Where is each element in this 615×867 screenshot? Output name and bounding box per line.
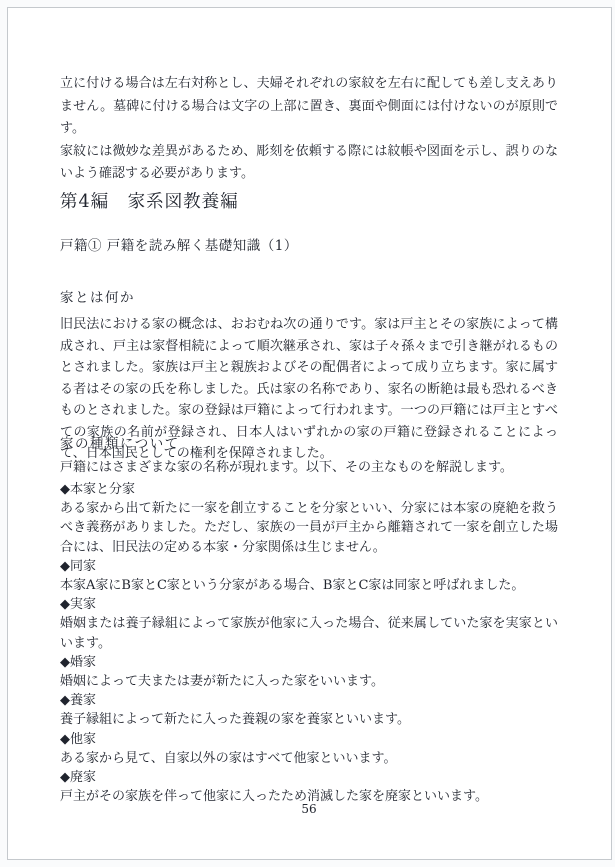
term-douke: ◆同家 bbox=[60, 557, 558, 576]
ie-term-list: ◆本家と分家 ある家から出て新たに一家を創立することを分家といい、分家には本家の… bbox=[60, 480, 558, 806]
term-konka-desc: 婚姻によって夫または妻が新たに入った家をいいます。 bbox=[60, 672, 558, 691]
term-douke-desc: 本家A家にB家とC家という分家がある場合、B家とC家は同家と呼ばれました。 bbox=[60, 576, 558, 595]
document-page: 立に付ける場合は左右対称とし、夫婦それぞれの家紋を左右に配しても差し支えありませ… bbox=[7, 7, 612, 860]
section-heading-types-of-ie: 家の種類について bbox=[60, 434, 558, 454]
paragraph-kamon-verification: 家紋には微妙な差異があるため、彫刻を依頼する際には紋帳や図面を示し、誤りのないよ… bbox=[60, 141, 558, 186]
term-haike: ◆廃家 bbox=[60, 768, 558, 787]
term-take-desc: ある家から見て、自家以外の家はすべて他家といいます。 bbox=[60, 749, 558, 768]
section-heading-what-is-ie: 家とは何か bbox=[60, 288, 558, 308]
continuation-paragraphs: 立に付ける場合は左右対称とし、夫婦それぞれの家紋を左右に配しても差し支えありませ… bbox=[60, 73, 558, 186]
term-youka: ◆養家 bbox=[60, 691, 558, 710]
chapter-title: 戸籍① 戸籍を読み解く基礎知識（1） bbox=[60, 236, 558, 256]
term-honke-bunke-desc: ある家から出て新たに一家を創立することを分家といい、分家には本家の廃絶を救うべき… bbox=[60, 499, 558, 557]
term-jikka: ◆実家 bbox=[60, 595, 558, 614]
term-youka-desc: 養子縁組によって新たに入った養親の家を養家といいます。 bbox=[60, 710, 558, 729]
paragraph-kamon-placement: 立に付ける場合は左右対称とし、夫婦それぞれの家紋を左右に配しても差し支えありませ… bbox=[60, 73, 558, 141]
term-honke-bunke: ◆本家と分家 bbox=[60, 480, 558, 499]
term-konka: ◆婚家 bbox=[60, 653, 558, 672]
page-number: 56 bbox=[60, 801, 558, 817]
section-lead-types-of-ie: 戸籍にはさまざまな家の名称が現れます。以下、その主なものを解説します。 bbox=[60, 457, 558, 479]
part-title: 第4編 家系図教養編 bbox=[60, 190, 558, 214]
term-jikka-desc: 婚姻または養子縁組によって家族が他家に入った場合、従来属していた家を実家といいま… bbox=[60, 614, 558, 652]
term-take: ◆他家 bbox=[60, 730, 558, 749]
